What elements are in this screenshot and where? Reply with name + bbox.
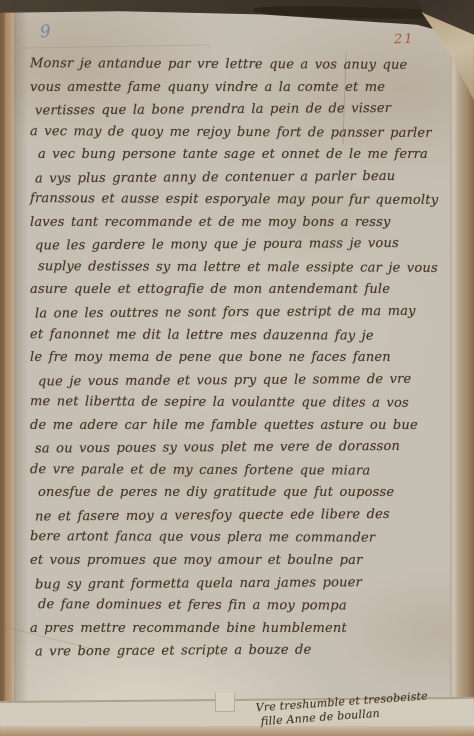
letter-line: onesfue de peres ne diy gratitude que fu… [38,482,450,505]
folio-number: 21 [394,32,415,48]
page-bottom-edge [0,726,474,736]
letter-line: a pres mettre recommande bine humblement [30,618,450,641]
letter-line: le fre moy mema de pene que bone ne face… [30,347,450,370]
letter-line: que je vous mande et vous pry que le som… [38,368,450,393]
letter-line: et fanonnet me dit la lettre mes dauzenn… [30,324,450,348]
letter-line: a vre bone grace et scripte a bouze de [35,639,450,664]
letter-line: a vys plus grante anny de contenuer a pa… [35,165,450,190]
letter-line: Monsr je antandue par vre lettre que a v… [30,53,450,77]
letter-body: Monsr je antandue par vre lettre que a v… [30,54,450,663]
letter-line: bere artont fanca que vous plera me comm… [30,527,450,551]
letter-line: de fane dominues et feres fin a moy pomp… [38,594,450,618]
letter-line: laves tant recommande et de me moy bons … [30,212,450,235]
letter-line: ne et fasere moy a veresfoy quecte ede l… [35,503,450,528]
letter-line: vertisses que la bone prendra la pein de… [35,98,450,123]
letter-line: vous amestte fame quany vindre a la comt… [30,77,450,100]
letter-line: a vec may de quoy me rejoy bune fort de … [30,121,450,145]
letter-line: asure quele et ettografie de mon antende… [30,279,450,302]
letter-line: sa ou vous poues sy vous plet me vere de… [35,436,450,461]
letter-line: suplye destisses sy ma lettre et male es… [38,256,450,280]
letter-line: la one les outtres ne sont fors que estr… [35,301,450,326]
letter-line: me net libertta de sepire la voulantte q… [30,391,450,415]
letter-line: que les gardere le mony que je poura mas… [35,233,450,258]
letter-line: de me adere car hile me famble quettes a… [30,415,450,438]
page-right-edge [450,30,474,736]
corner-number-blue: 9 [39,21,52,42]
gutter-shadow [14,0,28,736]
letter-line: franssous et ausse espit esporyale may p… [30,188,450,212]
letter-line: a vec bung persone tante sage et onnet d… [38,144,450,167]
letter-line: et vous promues que moy amour et boulne … [30,550,450,573]
manuscript-photo: 9 21 Monsr je antandue par vre lettre qu… [0,0,474,736]
repair-notch [215,693,235,712]
letter-line: bug sy grant formetta quela nara james p… [35,571,450,596]
letter-line: de vre parale et de my canes fortene que… [30,459,450,483]
